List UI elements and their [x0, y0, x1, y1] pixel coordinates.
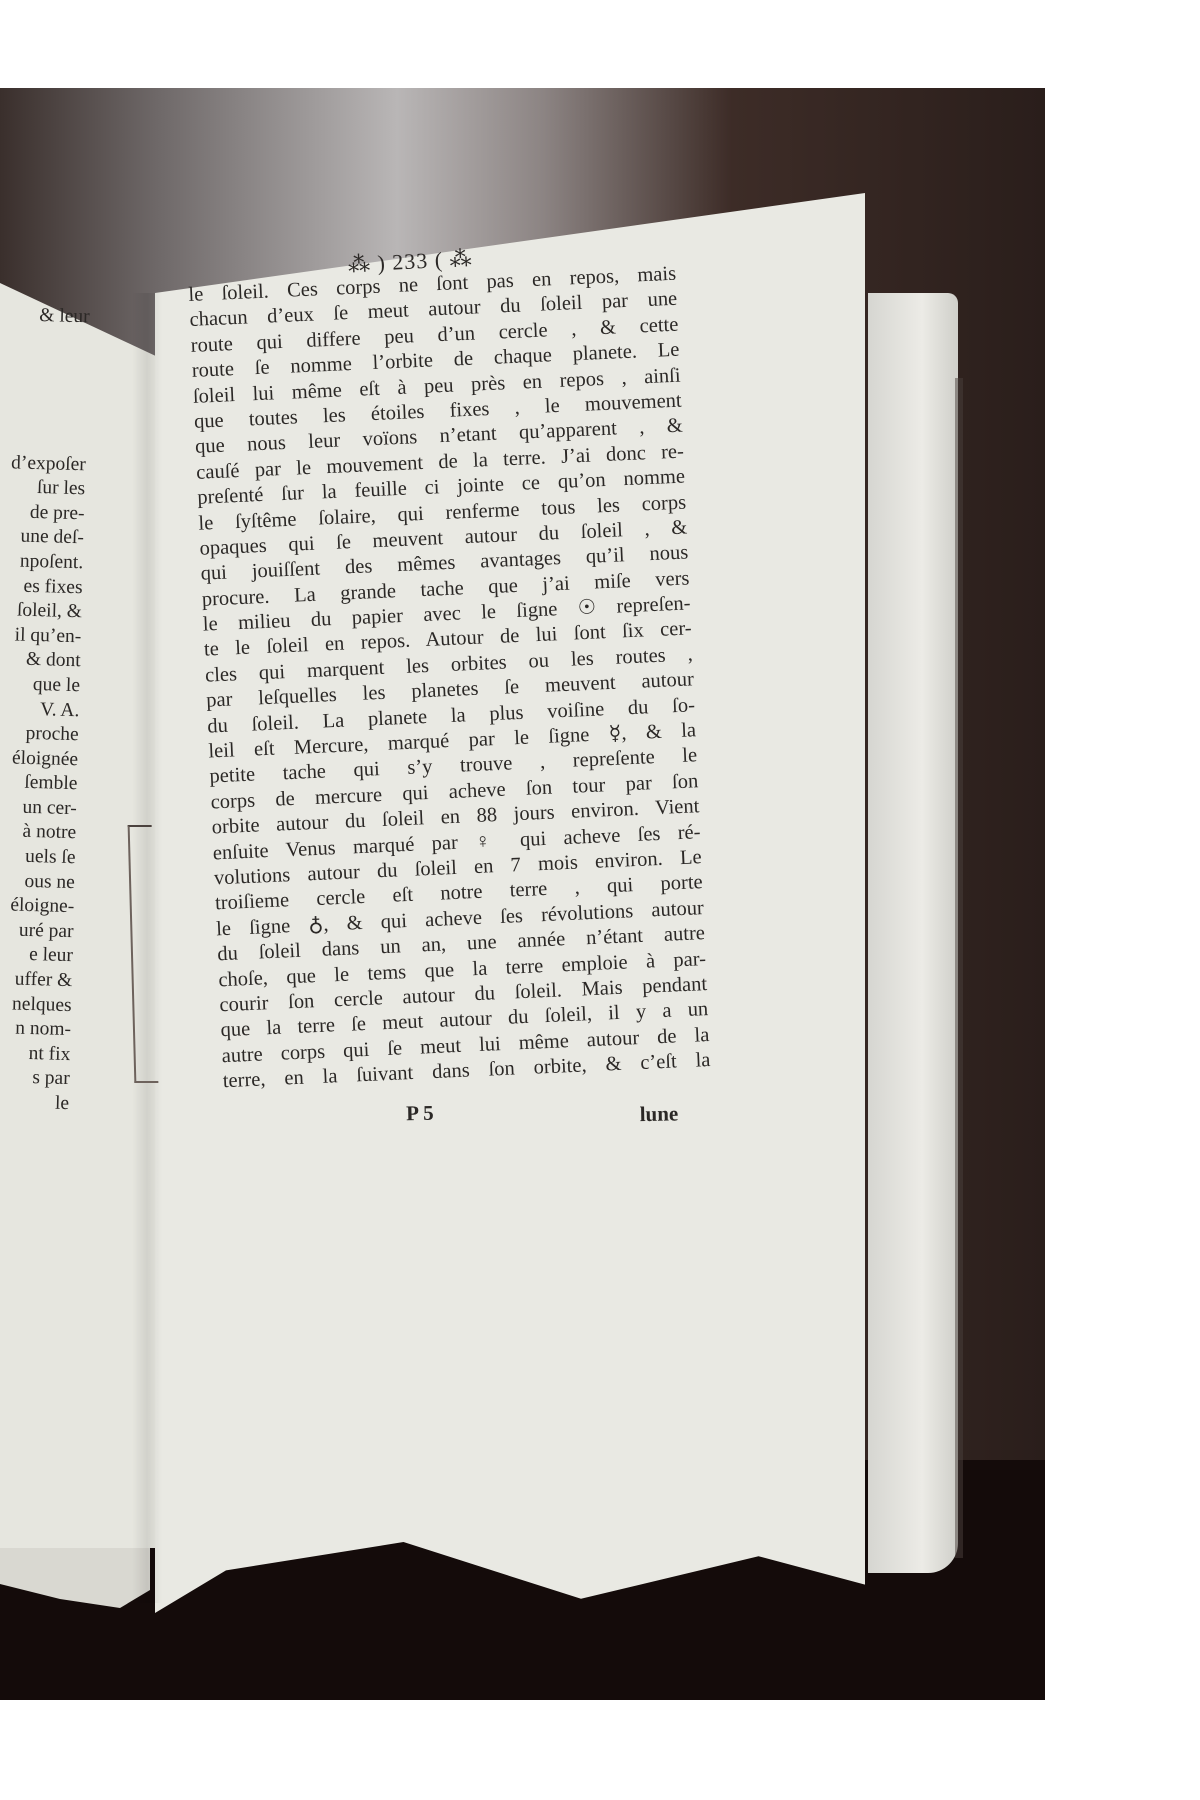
- left-text-fragment: uré par: [0, 918, 74, 945]
- left-text-fragment: nt fix: [0, 1041, 71, 1068]
- page-block-shadow: [955, 378, 963, 1558]
- left-text-fragment: que le: [0, 672, 80, 699]
- signature-mark: P 5: [406, 1101, 434, 1126]
- book-page-block-edge: [868, 293, 958, 1573]
- left-text-fragment: V. A.: [0, 696, 80, 723]
- left-text-fragment: & leur: [0, 303, 90, 330]
- left-text-fragment: un cer-: [0, 795, 77, 822]
- left-text-fragment: proche: [0, 721, 79, 748]
- left-text-fragment: & dont: [0, 647, 81, 674]
- left-text-fragment: le: [0, 1090, 69, 1117]
- left-text-fragment: [0, 328, 89, 355]
- right-page-body-text: le ſoleil. Ces corps ne ſont pas en repo…: [188, 262, 711, 1095]
- left-text-fragment: e leur: [0, 942, 73, 969]
- left-text-fragment: es fixes: [0, 573, 83, 600]
- left-text-fragment: il qu’en-: [0, 623, 82, 650]
- left-text-fragment: n nom-: [0, 1016, 71, 1043]
- left-text-fragment: [0, 377, 88, 404]
- left-text-fragment: uels ſe: [0, 844, 76, 871]
- left-text-fragment: uffer &: [0, 967, 73, 994]
- left-text-fragment: de pre-: [0, 500, 85, 527]
- left-text-fragment: ſemble: [0, 770, 78, 797]
- left-text-fragment: ſoleil, &: [0, 598, 82, 625]
- left-text-fragment: npoſent.: [0, 549, 84, 576]
- left-text-fragment: s par: [0, 1065, 70, 1092]
- left-text-fragment: une deſ-: [0, 524, 84, 551]
- left-text-fragment: d’expoſer: [0, 451, 86, 478]
- left-text-fragment: [0, 352, 89, 379]
- left-text-fragment: éloigne-: [0, 893, 75, 920]
- left-text-fragment: éloignée: [0, 746, 78, 773]
- left-text-fragment: [0, 426, 87, 453]
- left-text-fragment: ſur les: [0, 475, 85, 502]
- left-text-fragment: [0, 401, 87, 428]
- left-text-fragment: ous ne: [0, 868, 75, 895]
- left-text-fragment: à notre: [0, 819, 76, 846]
- catchword: lune: [640, 1101, 679, 1127]
- left-text-fragment: nelques: [0, 991, 72, 1018]
